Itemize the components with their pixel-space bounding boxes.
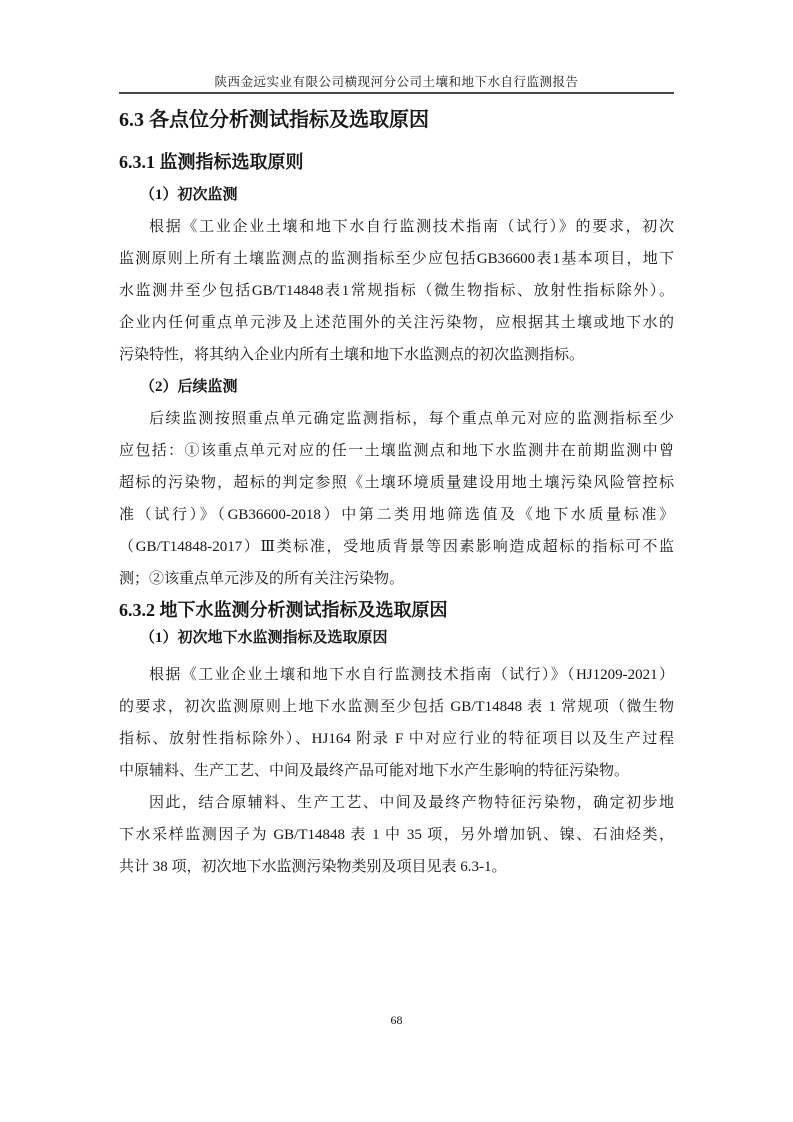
paragraph-line: 根据《工业企业土壤和地下水自行监测技术指南（试行）》的要求，初次	[119, 211, 674, 243]
paragraph-line: 测；②该重点单元涉及的所有关注污染物。	[119, 563, 674, 595]
paragraph-groundwater-factors: 因此，结合原辅料、生产工艺、中间及最终产物特征污染物，确定初步地 下水采样监测因…	[119, 787, 674, 883]
paragraph-line: 根据《工业企业土壤和地下水自行监测技术指南（试行）》（HJ1209-2021）	[119, 659, 674, 691]
paragraph-line: 水监测井至少包括GB/T14848表1常规指标（微生物指标、放射性指标除外）。	[119, 275, 674, 307]
paragraph-line: 下水采样监测因子为 GB/T14848 表 1 中 35 项，另外增加钒、镍、石…	[119, 819, 674, 851]
paragraph-line: 共计 38 项，初次地下水监测污染物类别及项目见表 6.3-1。	[119, 851, 674, 883]
paragraph-initial-monitoring: 根据《工业企业土壤和地下水自行监测技术指南（试行）》的要求，初次 监测原则上所有…	[119, 211, 674, 371]
paragraph-line: 超标的污染物，超标的判定参照《土壤环境质量建设用地土壤污染风险管控标	[119, 467, 674, 499]
paragraph-groundwater-basis: 根据《工业企业土壤和地下水自行监测技术指南（试行）》（HJ1209-2021） …	[119, 659, 674, 787]
subheading-followup-monitoring: （2）后续监测	[119, 371, 674, 403]
section-heading-6-3-1: 6.3.1 监测指标选取原则	[119, 150, 674, 174]
paragraph-line: 准（试行）》（GB36600-2018）中第二类用地筛选值及《地下水质量标准》	[119, 499, 674, 531]
paragraph-line: 后续监测按照重点单元确定监测指标，每个重点单元对应的监测指标至少	[119, 403, 674, 435]
paragraph-line: 中原辅料、生产工艺、中间及最终产品可能对地下水产生影响的特征污染物。	[119, 755, 674, 787]
subheading-initial-groundwater: （1）初次地下水监测指标及选取原因	[119, 622, 674, 654]
section-heading-6-3: 6.3 各点位分析测试指标及选取原因	[119, 107, 674, 133]
paragraph-line: 应包括：①该重点单元对应的任一土壤监测点和地下水监测井在前期监测中曾	[119, 435, 674, 467]
section-heading-6-3-2: 6.3.2 地下水监测分析测试指标及选取原因	[119, 598, 674, 622]
paragraph-line: 因此，结合原辅料、生产工艺、中间及最终产物特征污染物，确定初步地	[119, 787, 674, 819]
paragraph-followup-monitoring: 后续监测按照重点单元确定监测指标，每个重点单元对应的监测指标至少 应包括：①该重…	[119, 403, 674, 595]
paragraph-line: 指标、放射性指标除外）、HJ164 附录 F 中对应行业的特征项目以及生产过程	[119, 723, 674, 755]
paragraph-line: 的要求，初次监测原则上地下水监测至少包括 GB/T14848 表 1 常规项（微…	[119, 691, 674, 723]
paragraph-line: （GB/T14848-2017）Ⅲ类标准，受地质背景等因素影响造成超标的指标可不…	[119, 531, 674, 563]
page-number: 68	[0, 1012, 793, 1028]
paragraph-line: 企业内任何重点单元涉及上述范围外的关注污染物，应根据其土壤或地下水的	[119, 307, 674, 339]
report-header-title: 陕西金远实业有限公司横现河分公司土壤和地下水自行监测报告	[119, 0, 674, 90]
paragraph-line: 监测原则上所有土壤监测点的监测指标至少应包括GB36600表1基本项目，地下	[119, 243, 674, 275]
paragraph-line: 污染特性，将其纳入企业内所有土壤和地下水监测点的初次监测指标。	[119, 339, 674, 371]
header-rule	[119, 92, 674, 94]
document-page: 陕西金远实业有限公司横现河分公司土壤和地下水自行监测报告 6.3 各点位分析测试…	[0, 0, 793, 1122]
subheading-initial-monitoring: （1）初次监测	[119, 179, 674, 211]
